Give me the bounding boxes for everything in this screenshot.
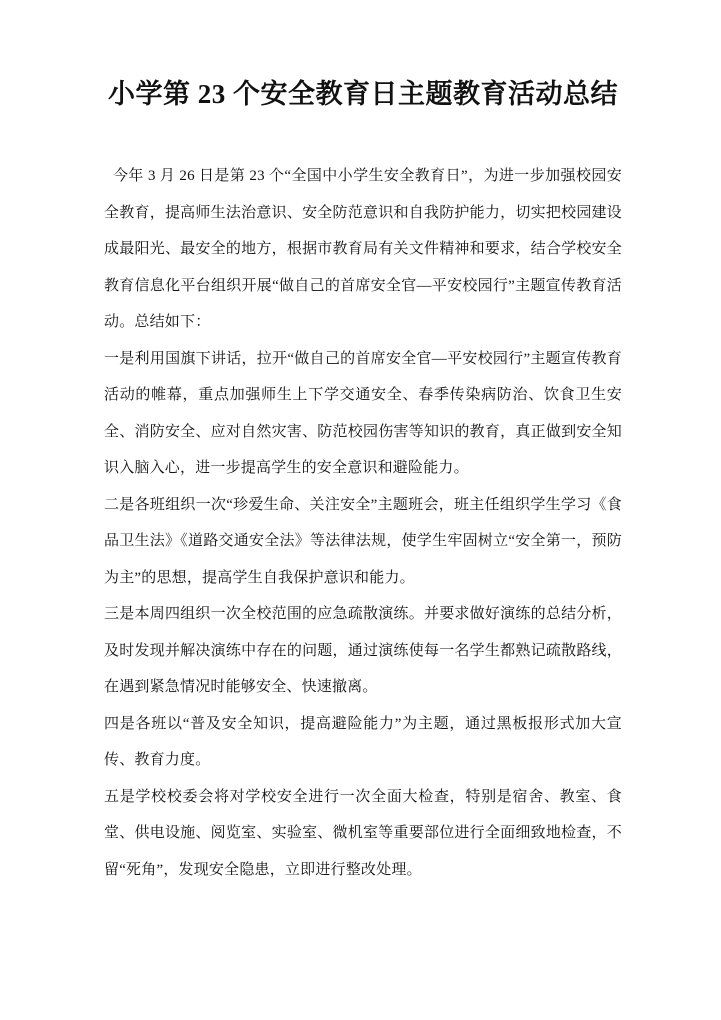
- document-body: 今年 3 月 26 日是第 23 个“全国中小学生安全教育日”，为进一步加强校园…: [104, 158, 622, 888]
- document-title: 小学第 23 个安全教育日主题教育活动总结: [104, 76, 622, 112]
- paragraph-point-1: 一是利用国旗下讲话，拉开“做自己的首席安全官—平安校园行”主题宣传教育活动的帷幕…: [104, 341, 622, 487]
- paragraph-point-2: 二是各班组织一次“珍爱生命、关注安全”主题班会，班主任组织学生学习《食品卫生法》…: [104, 487, 622, 597]
- paragraph-point-5: 五是学校校委会将对学校安全进行一次全面大检查，特别是宿舍、教室、食堂、供电设施、…: [104, 779, 622, 889]
- paragraph-intro: 今年 3 月 26 日是第 23 个“全国中小学生安全教育日”，为进一步加强校园…: [104, 158, 622, 341]
- paragraph-point-4: 四是各班以“普及安全知识，提高避险能力”为主题，通过黑板报形式加大宣传、教育力度…: [104, 706, 622, 779]
- paragraph-point-3: 三是本周四组织一次全校范围的应急疏散演练。并要求做好演练的总结分析，及时发现并解…: [104, 596, 622, 706]
- document-page: 小学第 23 个安全教育日主题教育活动总结 今年 3 月 26 日是第 23 个…: [0, 0, 721, 1020]
